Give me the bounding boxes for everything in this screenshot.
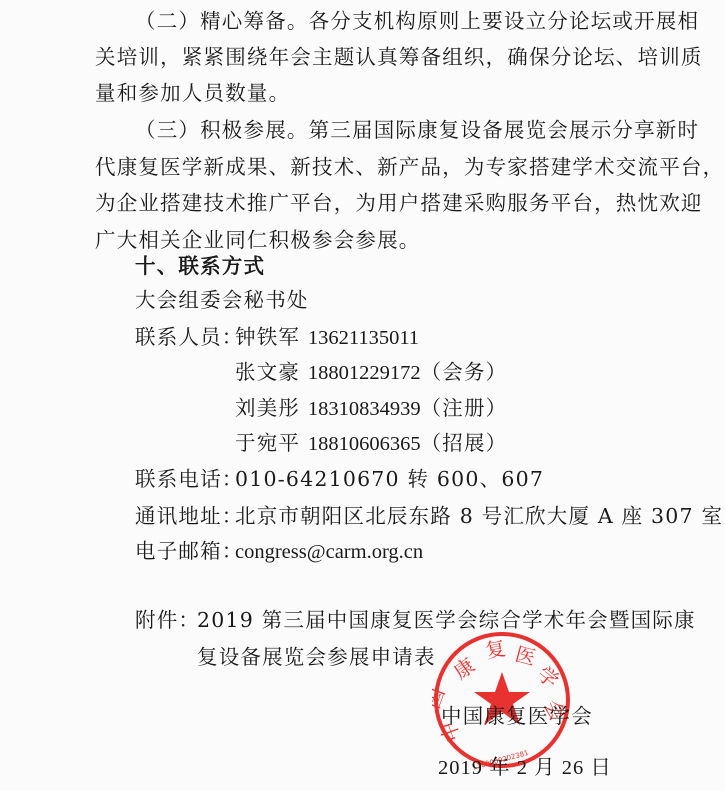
section-heading: 十、联系方式: [135, 253, 265, 279]
attachment-line-1: 2019 第三届中国康复医学会综合学术年会暨国际康: [197, 608, 696, 632]
contact-row-0: 联系人员：钟铁军 13621135011: [135, 324, 419, 351]
contact-phone: 18310834939: [308, 398, 421, 420]
contact-role: （招展）: [421, 431, 508, 455]
address-value: 北京市朝阳区北辰东路 8 号汇欣大厦 A 座 307 室: [235, 504, 723, 528]
paragraph-3-line-1: （三）积极参展。第三届国际康复设备展览会展示分享新时: [135, 117, 699, 143]
contact-name: 刘美彤: [235, 396, 300, 420]
phone-value: 010-64210670 转 600、607: [235, 467, 544, 491]
contact-name: 张文豪: [235, 360, 300, 384]
address-label: 通讯地址：: [135, 503, 235, 529]
contact-phone: 18801229172: [308, 362, 421, 384]
contact-row-1: 张文豪 18801229172（会务）: [235, 359, 507, 386]
paragraph-3-line-4: 广大相关企业同仁积极参会参展。: [95, 227, 421, 253]
attachment-row: 附件：2019 第三届中国康复医学会综合学术年会暨国际康: [135, 607, 696, 633]
paragraph-2-line-1: （二）精心筹备。各分支机构原则上要设立分论坛或开展相: [135, 8, 699, 34]
paragraph-2-line-2: 关培训，紧紧围绕年会主题认真筹备组织，确保分论坛、培训质: [95, 44, 703, 70]
paragraph-3-line-2: 代康复医学新成果、新技术、新产品，为专家搭建学术交流平台，: [95, 154, 724, 180]
address-row: 通讯地址：北京市朝阳区北辰东路 8 号汇欣大厦 A 座 307 室: [135, 503, 723, 529]
signature-organization: 中国康复医学会: [441, 703, 593, 729]
email-label: 电子邮箱：: [135, 538, 235, 564]
contact-role: （会务）: [421, 360, 508, 384]
contact-row-3: 于宛平 18810606365（招展）: [235, 430, 507, 457]
contact-role: （注册）: [421, 396, 508, 420]
svg-text:医: 医: [513, 642, 539, 670]
phone-label: 联系电话：: [135, 466, 235, 492]
contact-phone: 13621135011: [308, 327, 419, 349]
email-value: congress@carm.org.cn: [235, 541, 423, 563]
organizer-name: 大会组委会秘书处: [135, 287, 309, 313]
svg-text:复: 复: [484, 636, 508, 663]
official-seal-icon: 康 复 医 学 会 国 中 1100000202381: [432, 630, 572, 770]
attachment-label: 附件：: [135, 607, 197, 633]
contact-name: 钟铁军: [235, 325, 300, 349]
signature-date: 2019 年 2 月 26 日: [438, 755, 612, 781]
attachment-line-2: 复设备展览会参展申请表: [197, 644, 436, 670]
phone-row: 联系电话：010-64210670 转 600、607: [135, 466, 544, 492]
contacts-label: 联系人员：: [135, 324, 235, 350]
paragraph-3-line-3: 为企业搭建技术推广平台，为用户搭建采购服务平台，热忱欢迎: [95, 190, 703, 216]
email-row: 电子邮箱：congress@carm.org.cn: [135, 538, 423, 565]
contact-name: 于宛平: [235, 431, 300, 455]
contact-row-2: 刘美彤 18310834939（注册）: [235, 395, 507, 422]
contact-phone: 18810606365: [308, 433, 421, 455]
paragraph-2-line-3: 量和参加人员数量。: [95, 80, 290, 106]
